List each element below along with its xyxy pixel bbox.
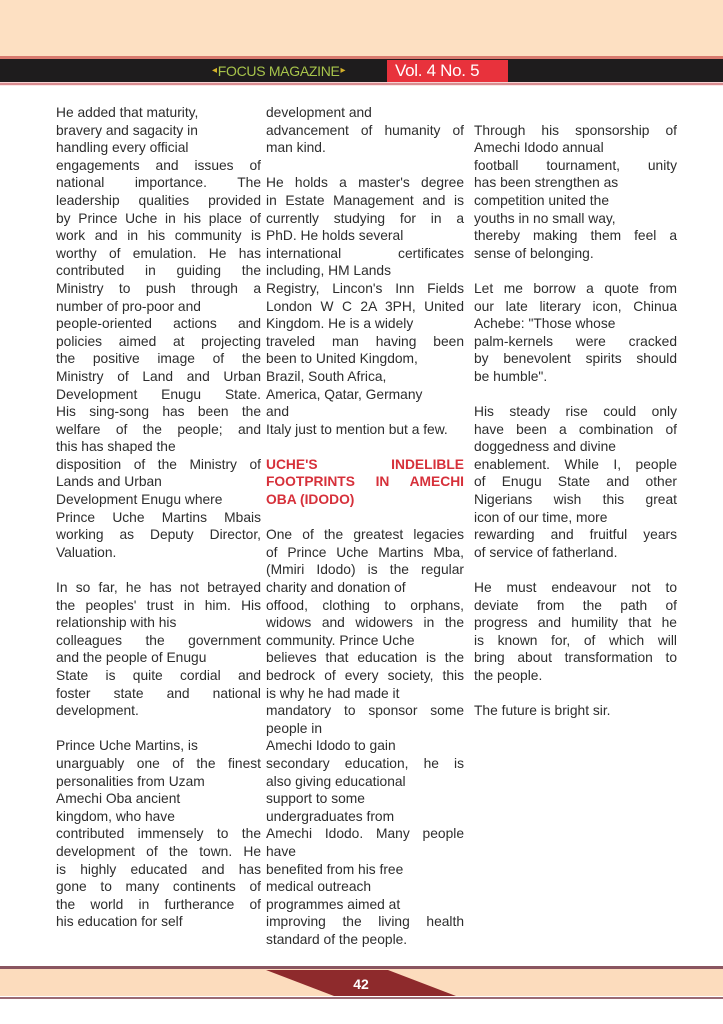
- paragraph-gap: [474, 262, 677, 280]
- text-line: work and in his community is: [56, 227, 261, 245]
- text-line: disposition of the Ministry of: [56, 456, 261, 474]
- text-line: be humble".: [474, 368, 677, 386]
- text-line: is known for, of which will: [474, 632, 677, 650]
- text-line: handling every official: [56, 139, 261, 157]
- text-line: gone to many continents of: [56, 878, 261, 896]
- text-line: Registry, Lincon's Inn Fields: [266, 280, 464, 298]
- text-line: leadership qualities provided: [56, 192, 261, 210]
- text-line: welfare of the people; and: [56, 421, 261, 439]
- text-line: contributed immensely to the: [56, 825, 261, 843]
- text-line: foster state and national: [56, 685, 261, 703]
- text-line: of Prince Uche Martins Mba,: [266, 544, 464, 562]
- text-line: working as Deputy Director,: [56, 526, 261, 544]
- paragraph-gap: [266, 509, 464, 527]
- text-line: traveled man having been: [266, 333, 464, 351]
- text-line: Kingdom. He is a widely: [266, 315, 464, 333]
- paragraph-gap: [266, 438, 464, 456]
- text-line: community. Prince Uche: [266, 632, 464, 650]
- magazine-header-bar: [0, 59, 723, 82]
- section-heading-line: UCHE'S INDELIBLE: [266, 456, 464, 474]
- text-line: engagements and issues of: [56, 157, 261, 175]
- text-line: widows and widowers in the: [266, 614, 464, 632]
- text-line: in Estate Management and is: [266, 192, 464, 210]
- text-line: advancement of humanity of: [266, 122, 464, 140]
- text-line: bring about transformation to: [474, 649, 677, 667]
- text-line: bedrock of every society, this: [266, 667, 464, 685]
- paragraph-gap: [474, 685, 677, 703]
- paragraph-gap: [474, 104, 677, 122]
- text-line: Amechi Idodo. Many people: [266, 825, 464, 843]
- text-line: America, Qatar, Germany: [266, 386, 464, 404]
- text-line: people in: [266, 720, 464, 738]
- text-line: Prince Uche Martins, is: [56, 737, 261, 755]
- text-line: personalities from Uzam: [56, 773, 261, 791]
- text-line: One of the greatest legacies: [266, 526, 464, 544]
- text-line: enablement. While I, people: [474, 456, 677, 474]
- section-heading-line: FOOTPRINTS IN AMECHI: [266, 473, 464, 491]
- text-line: unarguably one of the finest: [56, 755, 261, 773]
- text-line: kingdom, who have: [56, 808, 261, 826]
- text-line: international certificates: [266, 245, 464, 263]
- text-line: The future is bright sir.: [474, 702, 677, 720]
- issue-badge: Vol. 4 No. 5: [387, 60, 508, 82]
- text-line: football tournament, unity: [474, 157, 677, 175]
- text-line: bravery and sagacity in: [56, 122, 261, 140]
- magazine-brand: ◂ FOCUS MAGAZINE ▸: [212, 60, 345, 81]
- text-line: colleagues the government: [56, 632, 261, 650]
- text-line: Through his sponsorship of: [474, 122, 677, 140]
- text-line: the people.: [474, 667, 677, 685]
- paragraph-gap: [474, 561, 677, 579]
- text-line: number of pro-poor and: [56, 298, 261, 316]
- text-line: competition united the: [474, 192, 677, 210]
- text-line: and the people of Enugu: [56, 649, 261, 667]
- text-line: Development Enugu State.: [56, 386, 261, 404]
- text-line: Ministry to push through a: [56, 280, 261, 298]
- header-bottom-rule: [0, 82, 723, 86]
- text-line: medical outreach: [266, 878, 464, 896]
- text-line: undergraduates from: [266, 808, 464, 826]
- text-line: people-oriented actions and: [56, 315, 261, 333]
- text-line: this has shaped the: [56, 438, 261, 456]
- paragraph-gap: [474, 386, 677, 404]
- text-line: programmes aimed at: [266, 896, 464, 914]
- text-line: (Mmiri Idodo) is the regular: [266, 561, 464, 579]
- text-line: youths in no small way,: [474, 210, 677, 228]
- text-line: policies aimed at projecting: [56, 333, 261, 351]
- text-line: is highly educated and has: [56, 861, 261, 879]
- text-line: rewarding and fruitful years: [474, 526, 677, 544]
- text-line: of Enugu State and other: [474, 473, 677, 491]
- text-line: London W C 2A 3PH, United: [266, 298, 464, 316]
- paragraph-gap: [266, 157, 464, 175]
- text-line: national importance. The: [56, 174, 261, 192]
- text-line: benefited from his free: [266, 861, 464, 879]
- text-line: his education for self: [56, 913, 261, 931]
- text-line: progress and humility that he: [474, 614, 677, 632]
- text-line: our late literary icon, Chinua: [474, 298, 677, 316]
- text-line: man kind.: [266, 139, 464, 157]
- text-line: palm-kernels were cracked: [474, 333, 677, 351]
- text-line: standard of the people.: [266, 931, 464, 949]
- page-number: 42: [334, 972, 388, 996]
- text-line: development of the town. He: [56, 843, 261, 861]
- text-line: In so far, he has not betrayed: [56, 579, 261, 597]
- text-line: Achebe: "Those whose: [474, 315, 677, 333]
- text-line: development and: [266, 104, 464, 122]
- text-line: Development Enugu where: [56, 491, 261, 509]
- text-line: State is quite cordial and: [56, 667, 261, 685]
- text-line: deviate from the path of: [474, 597, 677, 615]
- text-line: development.: [56, 702, 261, 720]
- text-line: Amechi Idodo to gain: [266, 737, 464, 755]
- text-line: the peoples' trust in him. His: [56, 597, 261, 615]
- text-line: mandatory to sponsor some: [266, 702, 464, 720]
- text-line: Let me borrow a quote from: [474, 280, 677, 298]
- text-line: of service of fatherland.: [474, 544, 677, 562]
- text-line: including, HM Lands: [266, 262, 464, 280]
- magazine-title: FOCUS MAGAZINE: [218, 63, 340, 79]
- text-line: Nigerians wish this great: [474, 491, 677, 509]
- text-line: support to some: [266, 790, 464, 808]
- text-line: the positive image of the: [56, 350, 261, 368]
- text-line: He added that maturity,: [56, 104, 261, 122]
- footer-bottom-rule: [0, 996, 723, 999]
- text-line: improving the living health: [266, 913, 464, 931]
- text-line: is why he had made it: [266, 685, 464, 703]
- text-line: has been strengthen as: [474, 174, 677, 192]
- text-line: by benevolent spirits should: [474, 350, 677, 368]
- text-line: icon of our time, more: [474, 509, 677, 527]
- text-line: doggedness and divine: [474, 438, 677, 456]
- text-line: charity and donation of: [266, 579, 464, 597]
- article-column-2: development andadvancement of humanity o…: [266, 104, 464, 949]
- right-ornament-icon: ▸: [341, 66, 346, 76]
- paragraph-gap: [56, 561, 261, 579]
- text-line: have been a combination of: [474, 421, 677, 439]
- text-line: believes that education is the: [266, 649, 464, 667]
- text-line: relationship with his: [56, 614, 261, 632]
- text-line: been to United Kingdom,: [266, 350, 464, 368]
- text-line: He holds a master's degree: [266, 174, 464, 192]
- text-line: Lands and Urban: [56, 473, 261, 491]
- article-column-1: He added that maturity,bravery and sagac…: [56, 104, 261, 931]
- text-line: secondary education, he is: [266, 755, 464, 773]
- text-line: the world in furtherance of: [56, 896, 261, 914]
- text-line: contributed in guiding the: [56, 262, 261, 280]
- text-line: He must endeavour not to: [474, 579, 677, 597]
- text-line: PhD. He holds several: [266, 227, 464, 245]
- top-margin-band: [0, 0, 723, 56]
- left-ornament-icon: ◂: [212, 66, 217, 76]
- text-line: Ministry of Land and Urban: [56, 368, 261, 386]
- text-line: thereby making them feel a: [474, 227, 677, 245]
- text-line: worthy of emulation. He has: [56, 245, 261, 263]
- text-line: His steady rise could only: [474, 403, 677, 421]
- text-line: offood, clothing to orphans,: [266, 597, 464, 615]
- text-line: Italy just to mention but a few.: [266, 421, 464, 439]
- text-line: have: [266, 843, 464, 861]
- text-line: currently studying for in a: [266, 210, 464, 228]
- text-line: His sing-song has been the: [56, 403, 261, 421]
- text-line: Valuation.: [56, 544, 261, 562]
- text-line: Amechi Idodo annual: [474, 139, 677, 157]
- section-heading-line: OBA (IDODO): [266, 491, 464, 509]
- article-column-3: Through his sponsorship ofAmechi Idodo a…: [474, 104, 677, 720]
- text-line: Amechi Oba ancient: [56, 790, 261, 808]
- text-line: Brazil, South Africa,: [266, 368, 464, 386]
- text-line: by Prince Uche in his place of: [56, 210, 261, 228]
- text-line: also giving educational: [266, 773, 464, 791]
- text-line: sense of belonging.: [474, 245, 677, 263]
- text-line: and: [266, 403, 464, 421]
- text-line: Prince Uche Martins Mbais: [56, 509, 261, 527]
- paragraph-gap: [56, 720, 261, 738]
